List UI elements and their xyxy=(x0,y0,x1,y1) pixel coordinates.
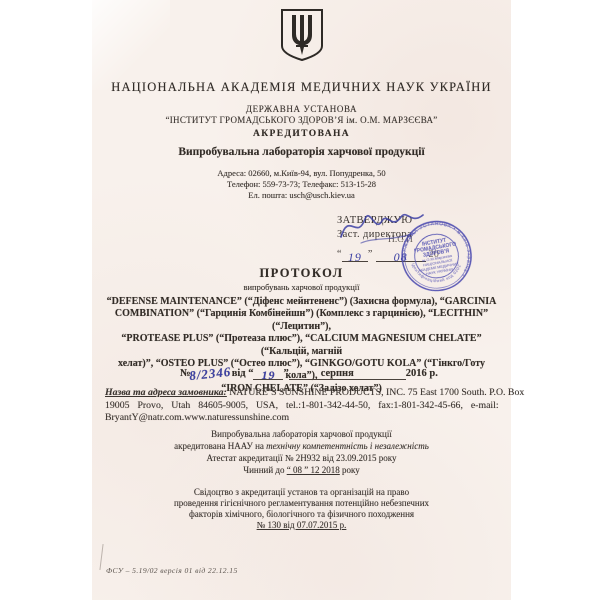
paper-crease-mark xyxy=(99,544,103,570)
protocol-number-line: №8/2346від “19”серпня2016 р. xyxy=(180,364,438,380)
institution-type: ДЕРЖАВНА УСТАНОВА xyxy=(92,104,511,114)
protocol-title: ПРОТОКОЛ xyxy=(92,266,511,281)
scanned-protocol-page: { "header": { "academy": "НАЦІОНАЛЬНА АК… xyxy=(0,0,600,600)
product-line: “PROTEASE PLUS” (“Протеаза плюс”), “CALC… xyxy=(102,333,501,358)
customer-line2: 19005 Provo, Utah 84605-9005, USA, tel.:… xyxy=(105,400,503,413)
certificate-line1: Свідоцтво з акредитації установ та орган… xyxy=(92,487,511,497)
customer-block: Назва та адреса замовника: NATURE’S SUNS… xyxy=(105,387,503,425)
from-word: від xyxy=(232,368,246,379)
month-word: серпня xyxy=(321,368,354,379)
customer-line3: BryantY@natr.com.www.naturessunshine.com xyxy=(105,412,503,425)
lab-title: Випробувальна лабораторія харчової проду… xyxy=(92,146,511,158)
product-line: “DEFENSE MAINTENANCE” (“Діфенс мейнтенен… xyxy=(102,296,501,308)
institution-round-stamp: ДЕРЖАВНА УСТАНОВА • м.Київ Україна • іде… xyxy=(388,207,486,309)
certificate-number-line: № 130 від 07.07.2015 р. xyxy=(92,520,511,530)
institution-name: “ІНСТИТУТ ГРОМАДСЬКОГО ЗДОРОВ’Я ім. О.М.… xyxy=(92,115,511,125)
accreditation-line2-normal: акредитована НААУ на xyxy=(174,441,264,451)
certificate-line2: проведення гігієнічного регламентування … xyxy=(92,498,511,508)
year-text: 2016 р. xyxy=(406,368,438,379)
accreditation-line2: акредитована НААУ на технічну компетентн… xyxy=(92,441,511,451)
handwritten-protocol-day: 19 xyxy=(261,368,275,382)
product-line: COMBINATION” (“Гарцинія Комбінейшн”) (Ко… xyxy=(102,308,501,333)
paper-corner-crease xyxy=(92,0,170,90)
address-line: Адреса: 02660, м.Київ-94, вул. Попудренк… xyxy=(92,168,511,178)
quote-mark: ” xyxy=(368,249,373,260)
valid-until-prefix: Чинний до xyxy=(243,465,284,475)
customer-label: Назва та адреса замовника: xyxy=(105,387,227,398)
accreditation-line2-italic: технічну компетентність і незалежність xyxy=(266,441,429,451)
phone-line: Телефон: 559-73-73; Телефакс: 513-15-28 xyxy=(92,179,511,189)
accreditation-line1: Випробувальна лабораторія харчової проду… xyxy=(92,429,511,439)
product-list: “DEFENSE MAINTENANCE” (“Діфенс мейнтенен… xyxy=(102,296,501,395)
protocol-subtitle: випробувань харчової продукції xyxy=(92,282,511,292)
accreditation-line3: Атестат акредитації № 2Н932 від 23.09.20… xyxy=(92,453,511,463)
accredited-label: АКРЕДИТОВАНА xyxy=(92,129,511,139)
valid-until-suffix: року xyxy=(342,465,360,475)
valid-until-date: “ 08 ” 12 2018 xyxy=(287,465,340,475)
email-line: Ел. пошта: usch@usch.kiev.ua xyxy=(92,190,511,200)
ukraine-trident-emblem-icon xyxy=(280,8,324,67)
customer-line1: NATURE’S SUNSHINE PRODUCTS, INC. 75 East… xyxy=(229,387,524,398)
document-paper: НАЦІОНАЛЬНА АКАДЕМІЯ МЕДИЧНИХ НАУК УКРАЇ… xyxy=(92,0,511,600)
form-code-footer: ФСУ – 5.19/02 версія 01 від 22.12.15 xyxy=(106,566,238,575)
handwritten-approval-day: 19 xyxy=(348,250,362,264)
accreditation-line4: Чинний до “ 08 ” 12 2018 року xyxy=(92,465,511,475)
certificate-line3: факторів хімічного, біологічного та фізи… xyxy=(92,509,511,519)
academy-title: НАЦІОНАЛЬНА АКАДЕМІЯ МЕДИЧНИХ НАУК УКРАЇ… xyxy=(92,80,511,95)
